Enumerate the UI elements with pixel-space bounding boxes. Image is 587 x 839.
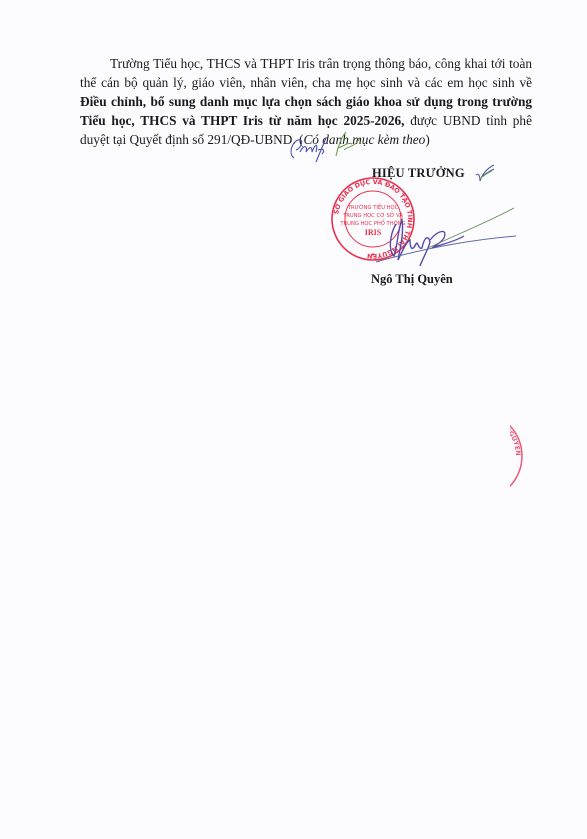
principal-name: Ngô Thị Quyên xyxy=(371,272,453,287)
document-page: Trường Tiểu học, THCS và THPT Iris trân … xyxy=(0,0,587,839)
initials-signature-icon xyxy=(282,128,362,164)
paragraph-text-3: ) xyxy=(425,132,429,147)
principal-signature xyxy=(368,204,518,268)
small-initial-mark-icon xyxy=(474,163,496,185)
partial-seal-stamp: C TỈNH THÁI NGUYÊN U HỌC Ơ SỞ VÀ Ổ THÔNG xyxy=(510,410,552,502)
paragraph-text-1: Trường Tiểu học, THCS và THPT Iris trân … xyxy=(80,56,532,90)
